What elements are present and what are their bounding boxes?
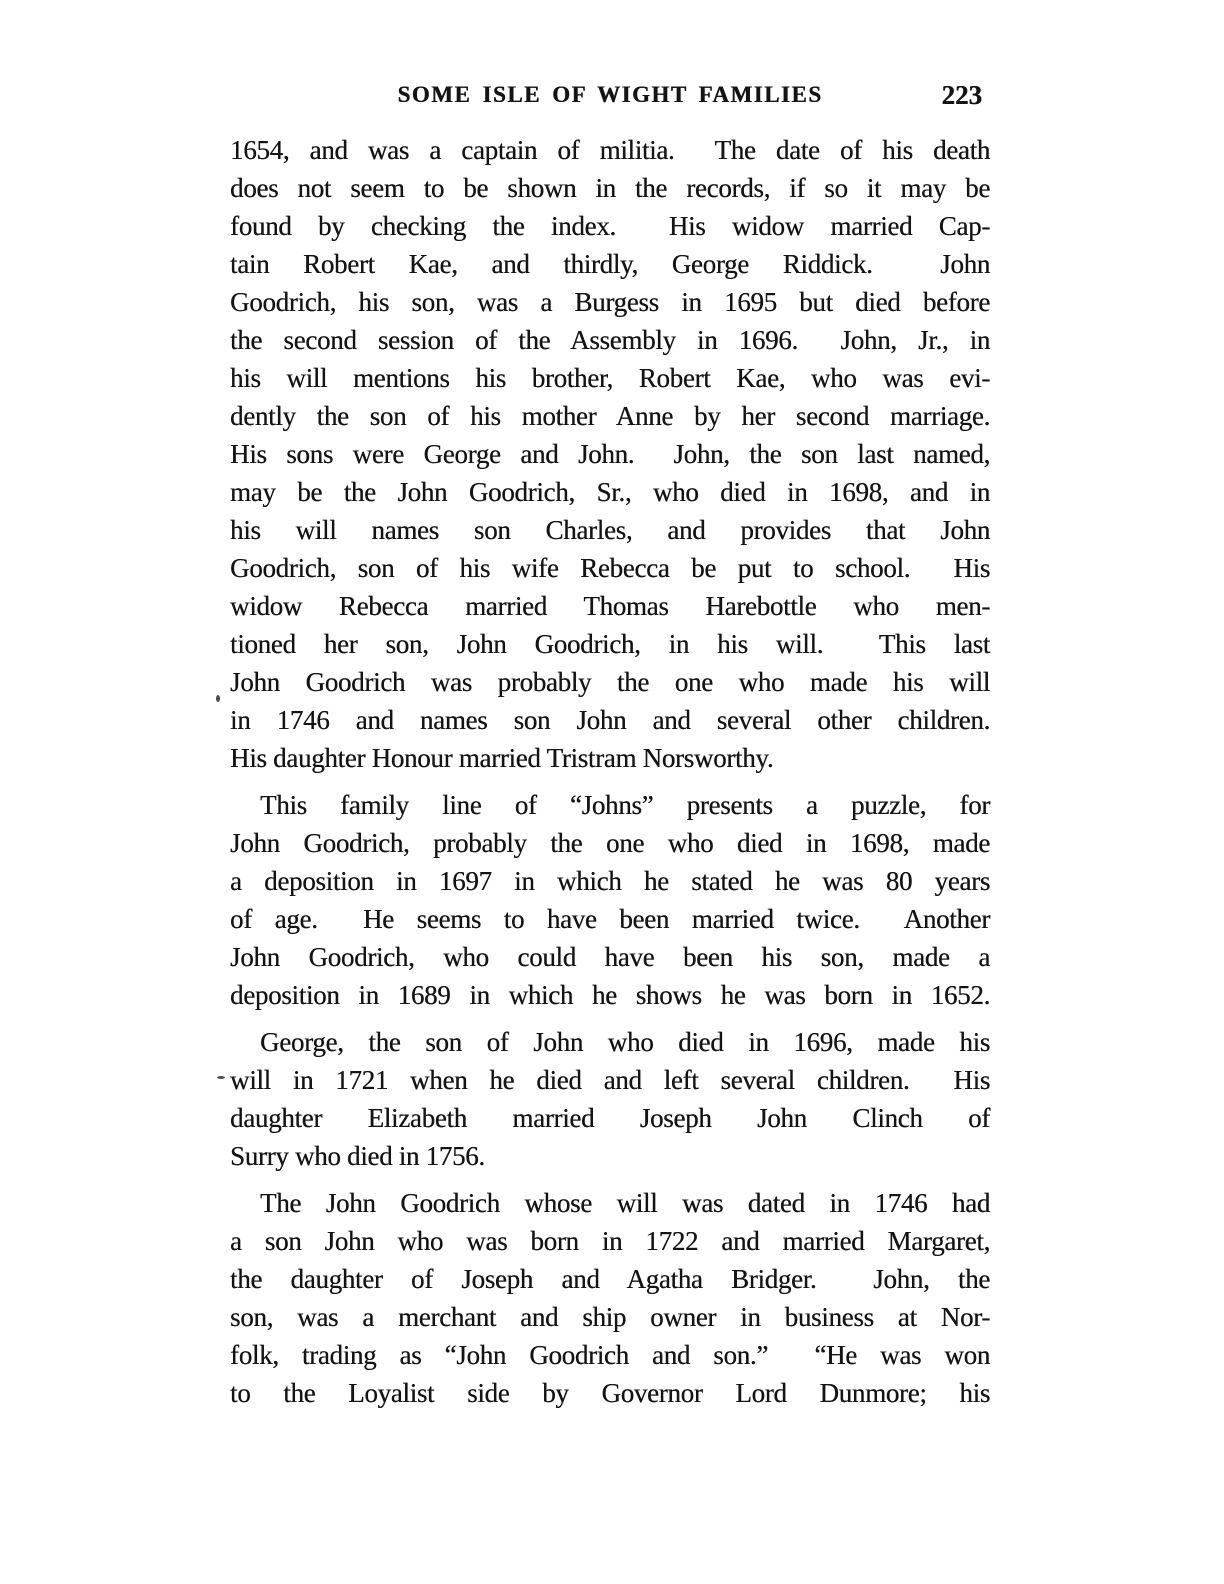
text-line: widow Rebecca married Thomas Harebottle … xyxy=(230,587,990,625)
text-line: may be the John Goodrich, Sr., who died … xyxy=(230,473,990,511)
text-line: tain Robert Kae, and thirdly, George Rid… xyxy=(230,245,990,283)
running-head: SOME ISLE OF WIGHT FAMILIES 223 xyxy=(230,80,990,110)
text-line: the second session of the Assembly in 16… xyxy=(230,321,990,359)
paragraph: The John Goodrich whose will was dated i… xyxy=(230,1184,990,1412)
paragraph: George, the son of John who died in 1696… xyxy=(230,1023,990,1175)
page-number: 223 xyxy=(942,80,983,110)
paragraph: 1654, and was a captain of militia. The … xyxy=(230,131,990,777)
text-line: Surry who died in 1756. xyxy=(230,1137,990,1175)
ink-speck xyxy=(216,695,220,702)
body-text: 1654, and was a captain of militia. The … xyxy=(230,131,990,1412)
text-line: His daughter Honour married Tristram Nor… xyxy=(230,739,990,777)
text-line: John Goodrich, probably the one who died… xyxy=(230,824,990,862)
text-line: found by checking the index. His widow m… xyxy=(230,207,990,245)
text-line: Goodrich, son of his wife Rebecca be put… xyxy=(230,549,990,587)
text-line: 1654, and was a captain of militia. The … xyxy=(230,131,990,169)
text-line: a deposition in 1697 in which he stated … xyxy=(230,862,990,900)
ink-speck xyxy=(217,1076,225,1079)
scanned-book-page: SOME ISLE OF WIGHT FAMILIES 223 1654, an… xyxy=(0,0,1224,1584)
text-line: This family line of “Johns” presents a p… xyxy=(230,786,990,824)
text-line: daughter Elizabeth married Joseph John C… xyxy=(230,1099,990,1137)
text-line: tioned her son, John Goodrich, in his wi… xyxy=(230,625,990,663)
text-line: does not seem to be shown in the records… xyxy=(230,169,990,207)
text-line: John Goodrich, who could have been his s… xyxy=(230,938,990,976)
page-title: SOME ISLE OF WIGHT FAMILIES xyxy=(230,80,990,110)
text-line: The John Goodrich whose will was dated i… xyxy=(230,1184,990,1222)
text-line: his will mentions his brother, Robert Ka… xyxy=(230,359,990,397)
text-line: folk, trading as “John Goodrich and son.… xyxy=(230,1336,990,1374)
text-line: to the Loyalist side by Governor Lord Du… xyxy=(230,1374,990,1412)
text-line: His sons were George and John. John, the… xyxy=(230,435,990,473)
text-line: in 1746 and names son John and several o… xyxy=(230,701,990,739)
text-line: son, was a merchant and ship owner in bu… xyxy=(230,1298,990,1336)
text-line: his will names son Charles, and provides… xyxy=(230,511,990,549)
text-line: John Goodrich was probably the one who m… xyxy=(230,663,990,701)
text-line: of age. He seems to have been married tw… xyxy=(230,900,990,938)
paragraph: This family line of “Johns” presents a p… xyxy=(230,786,990,1014)
text-line: Goodrich, his son, was a Burgess in 1695… xyxy=(230,283,990,321)
text-line: George, the son of John who died in 1696… xyxy=(230,1023,990,1061)
text-line: dently the son of his mother Anne by her… xyxy=(230,397,990,435)
text-line: the daughter of Joseph and Agatha Bridge… xyxy=(230,1260,990,1298)
text-line: deposition in 1689 in which he shows he … xyxy=(230,976,990,1014)
text-line: a son John who was born in 1722 and marr… xyxy=(230,1222,990,1260)
text-line: will in 1721 when he died and left sever… xyxy=(230,1061,990,1099)
